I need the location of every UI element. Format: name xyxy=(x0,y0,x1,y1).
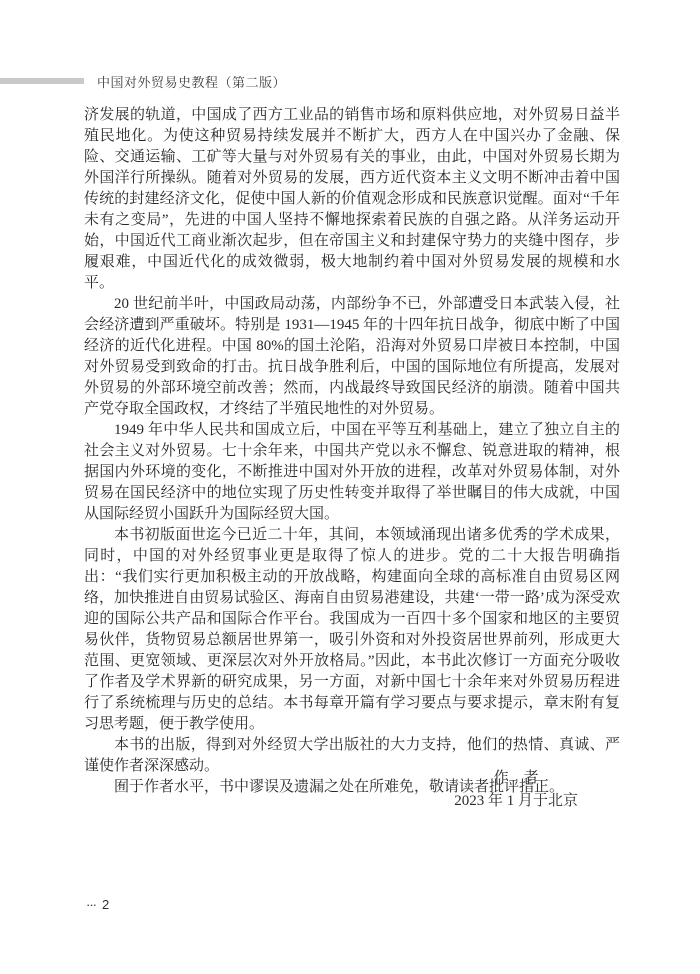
page-footer: ···2 xyxy=(86,897,109,912)
header-rule-bar xyxy=(0,78,84,84)
signature-block: 作 者 2023 年 1 月于北京 xyxy=(454,767,578,812)
signature-date: 2023 年 1 月于北京 xyxy=(454,790,578,812)
preface-body: 济发展的轨道，中国成了西方工业品的销售市场和原料供应地，对外贸易日益半殖民地化。… xyxy=(84,105,620,798)
footer-leader-dots: ··· xyxy=(86,897,96,912)
paragraph: 20 世纪前半叶，中国政局动荡，内部纷争不已，外部遭受日本武装入侵，社会经济遭到… xyxy=(84,294,620,420)
running-header: 中国对外贸易史教程（第二版） xyxy=(0,72,700,90)
paragraph: 1949 年中华人民共和国成立后，中国在平等互利基础上，建立了独立自主的社会主义… xyxy=(84,420,620,525)
book-page: 中国对外贸易史教程（第二版） 济发展的轨道，中国成了西方工业品的销售市场和原料供… xyxy=(0,0,700,974)
signature-author: 作 者 xyxy=(454,767,578,789)
running-header-title: 中国对外贸易史教程（第二版） xyxy=(97,72,286,91)
paragraph: 本书初版面世迄今已近二十年，其间，本领域涌现出诸多优秀的学术成果，同时，中国的对… xyxy=(84,525,620,735)
paragraph-continuation: 济发展的轨道，中国成了西方工业品的销售市场和原料供应地，对外贸易日益半殖民地化。… xyxy=(84,105,620,294)
footer-page-number: 2 xyxy=(102,897,109,912)
